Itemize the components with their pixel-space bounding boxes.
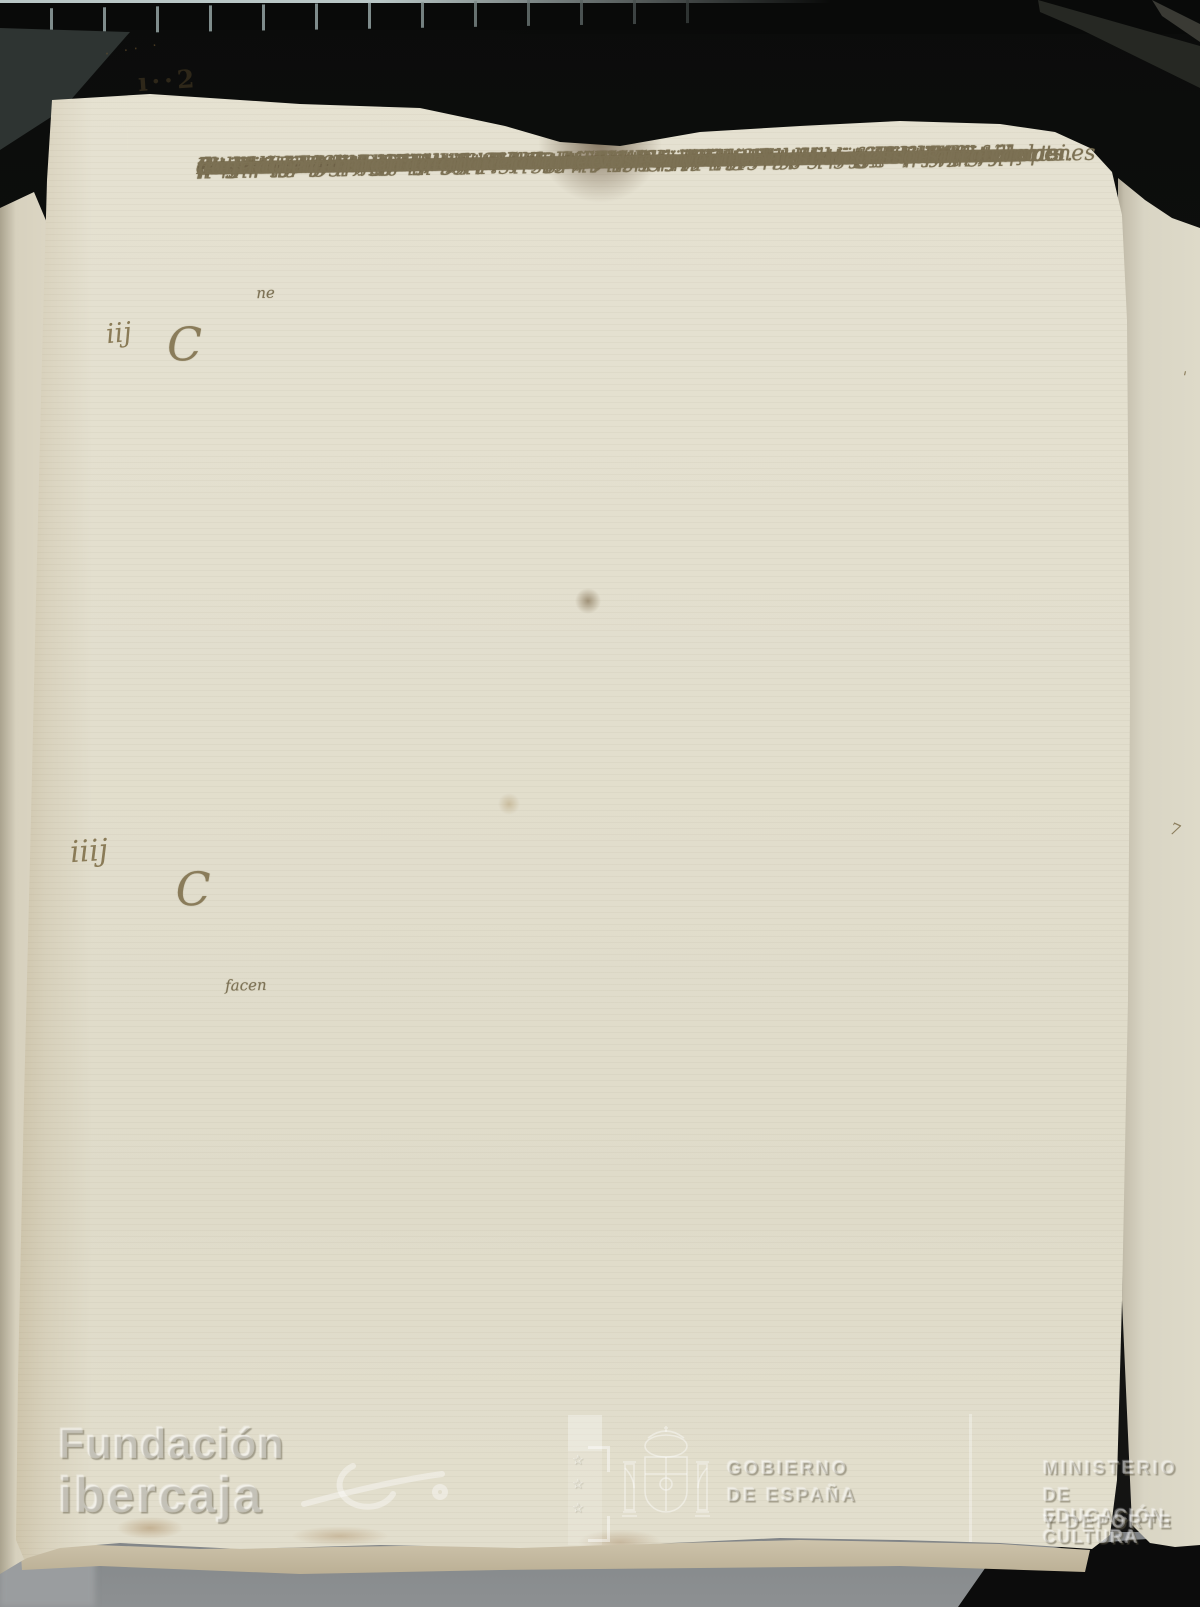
- gobierno-watermark-line2: DE ESPAÑA: [727, 1485, 858, 1506]
- gov-frame-bracket-top: [588, 1446, 610, 1472]
- margin-item-numeral: iij: [104, 317, 133, 351]
- ibercaja-watermark-line1: Fundación: [58, 1420, 284, 1469]
- paragraph-initial-mark: C: [175, 869, 216, 910]
- interlinear-addition: facen: [225, 967, 267, 1004]
- ministerio-watermark-line1: MINISTERIO: [1043, 1458, 1178, 1479]
- watermark-divider-line: [969, 1414, 972, 1542]
- manuscript-text-block: q̃ presquen del loch, o lochs on los dit…: [196, 135, 1161, 1400]
- interlinear-addition: ne: [256, 275, 275, 312]
- star-icon: ☆: [572, 1452, 584, 1468]
- paragraph-initial-mark: C: [167, 324, 208, 365]
- manuscript-scan-photo: ' 7 · ·· · ı··2 iij iiij q̃ presquen del…: [0, 0, 1200, 1607]
- ibercaja-watermark-line2: ibercaja: [58, 1466, 263, 1524]
- gov-frame-bracket-bottom: [588, 1516, 610, 1542]
- gobierno-watermark-line1: GOBIERNO: [727, 1458, 849, 1479]
- ibercaja-logo-icon: [298, 1452, 448, 1524]
- ministerio-watermark-line3: Y DEPORTE: [1043, 1512, 1174, 1533]
- folio-number: ı··2: [137, 64, 199, 97]
- spain-coat-of-arms-icon: [618, 1424, 714, 1539]
- margin-item-numeral: iiij: [69, 833, 109, 871]
- star-icon: ☆: [572, 1476, 584, 1492]
- star-icon: ☆: [572, 1500, 584, 1516]
